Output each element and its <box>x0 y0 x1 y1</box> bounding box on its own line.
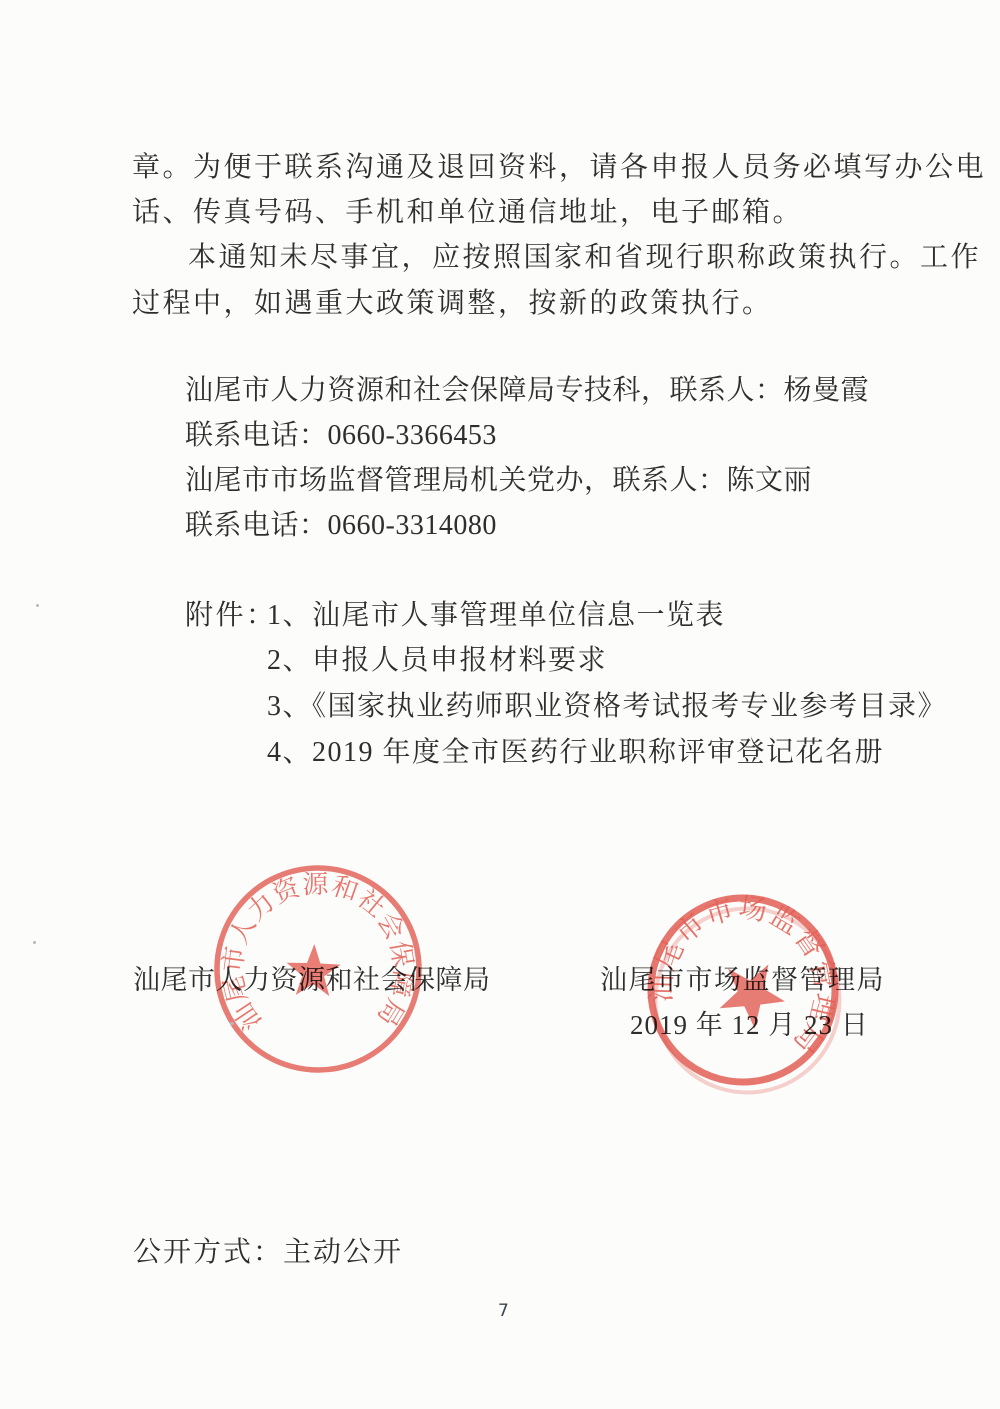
scan-speck <box>36 604 39 607</box>
document-page: 章。为便于联系沟通及退回资料，请各申报人员务必填写办公电 话、传真号码、手机和单… <box>0 0 1000 1409</box>
seal-star-icon <box>709 948 797 1035</box>
body-line: 话、传真号码、手机和单位通信地址，电子邮箱。 <box>132 190 803 230</box>
attachments-label: 附件： <box>185 593 277 633</box>
attachment-item: 1、汕尾市人事管理单位信息一览表 <box>267 593 725 633</box>
body-line: 本通知未尽事宜，应按照国家和省现行职称政策执行。工作 <box>188 235 981 275</box>
disclosure-method: 公开方式：主动公开 <box>133 1230 403 1270</box>
contact-phone: 联系电话：0660-3366453 <box>185 413 497 453</box>
body-line: 章。为便于联系沟通及退回资料，请各申报人员务必填写办公电 <box>132 145 986 185</box>
body-line: 过程中，如遇重大政策调整，按新的政策执行。 <box>132 281 773 321</box>
seal-star-icon <box>285 943 341 996</box>
official-seal-left: 汕尾市人力资源和社会保障局 <box>203 854 433 1084</box>
scan-speck <box>230 1022 234 1025</box>
contact-line: 汕尾市人力资源和社会保障局专技科，联系人：杨曼霞 <box>185 368 869 408</box>
contact-phone: 联系电话：0660-3314080 <box>185 503 497 543</box>
attachment-item: 4、2019 年度全市医药行业职称评审登记花名册 <box>267 730 884 770</box>
contact-line: 汕尾市市场监督管理局机关党办，联系人：陈文丽 <box>185 458 812 498</box>
attachment-item: 3、《国家执业药师职业资格考试报考专业参考目录》 <box>267 684 947 724</box>
official-seal-right: 汕尾市市场监督管理局 <box>628 875 858 1105</box>
scan-speck <box>293 176 296 179</box>
scan-speck <box>33 941 36 944</box>
attachment-item: 2、申报人员申报材料要求 <box>267 638 607 678</box>
page-number: 7 <box>498 1301 509 1321</box>
